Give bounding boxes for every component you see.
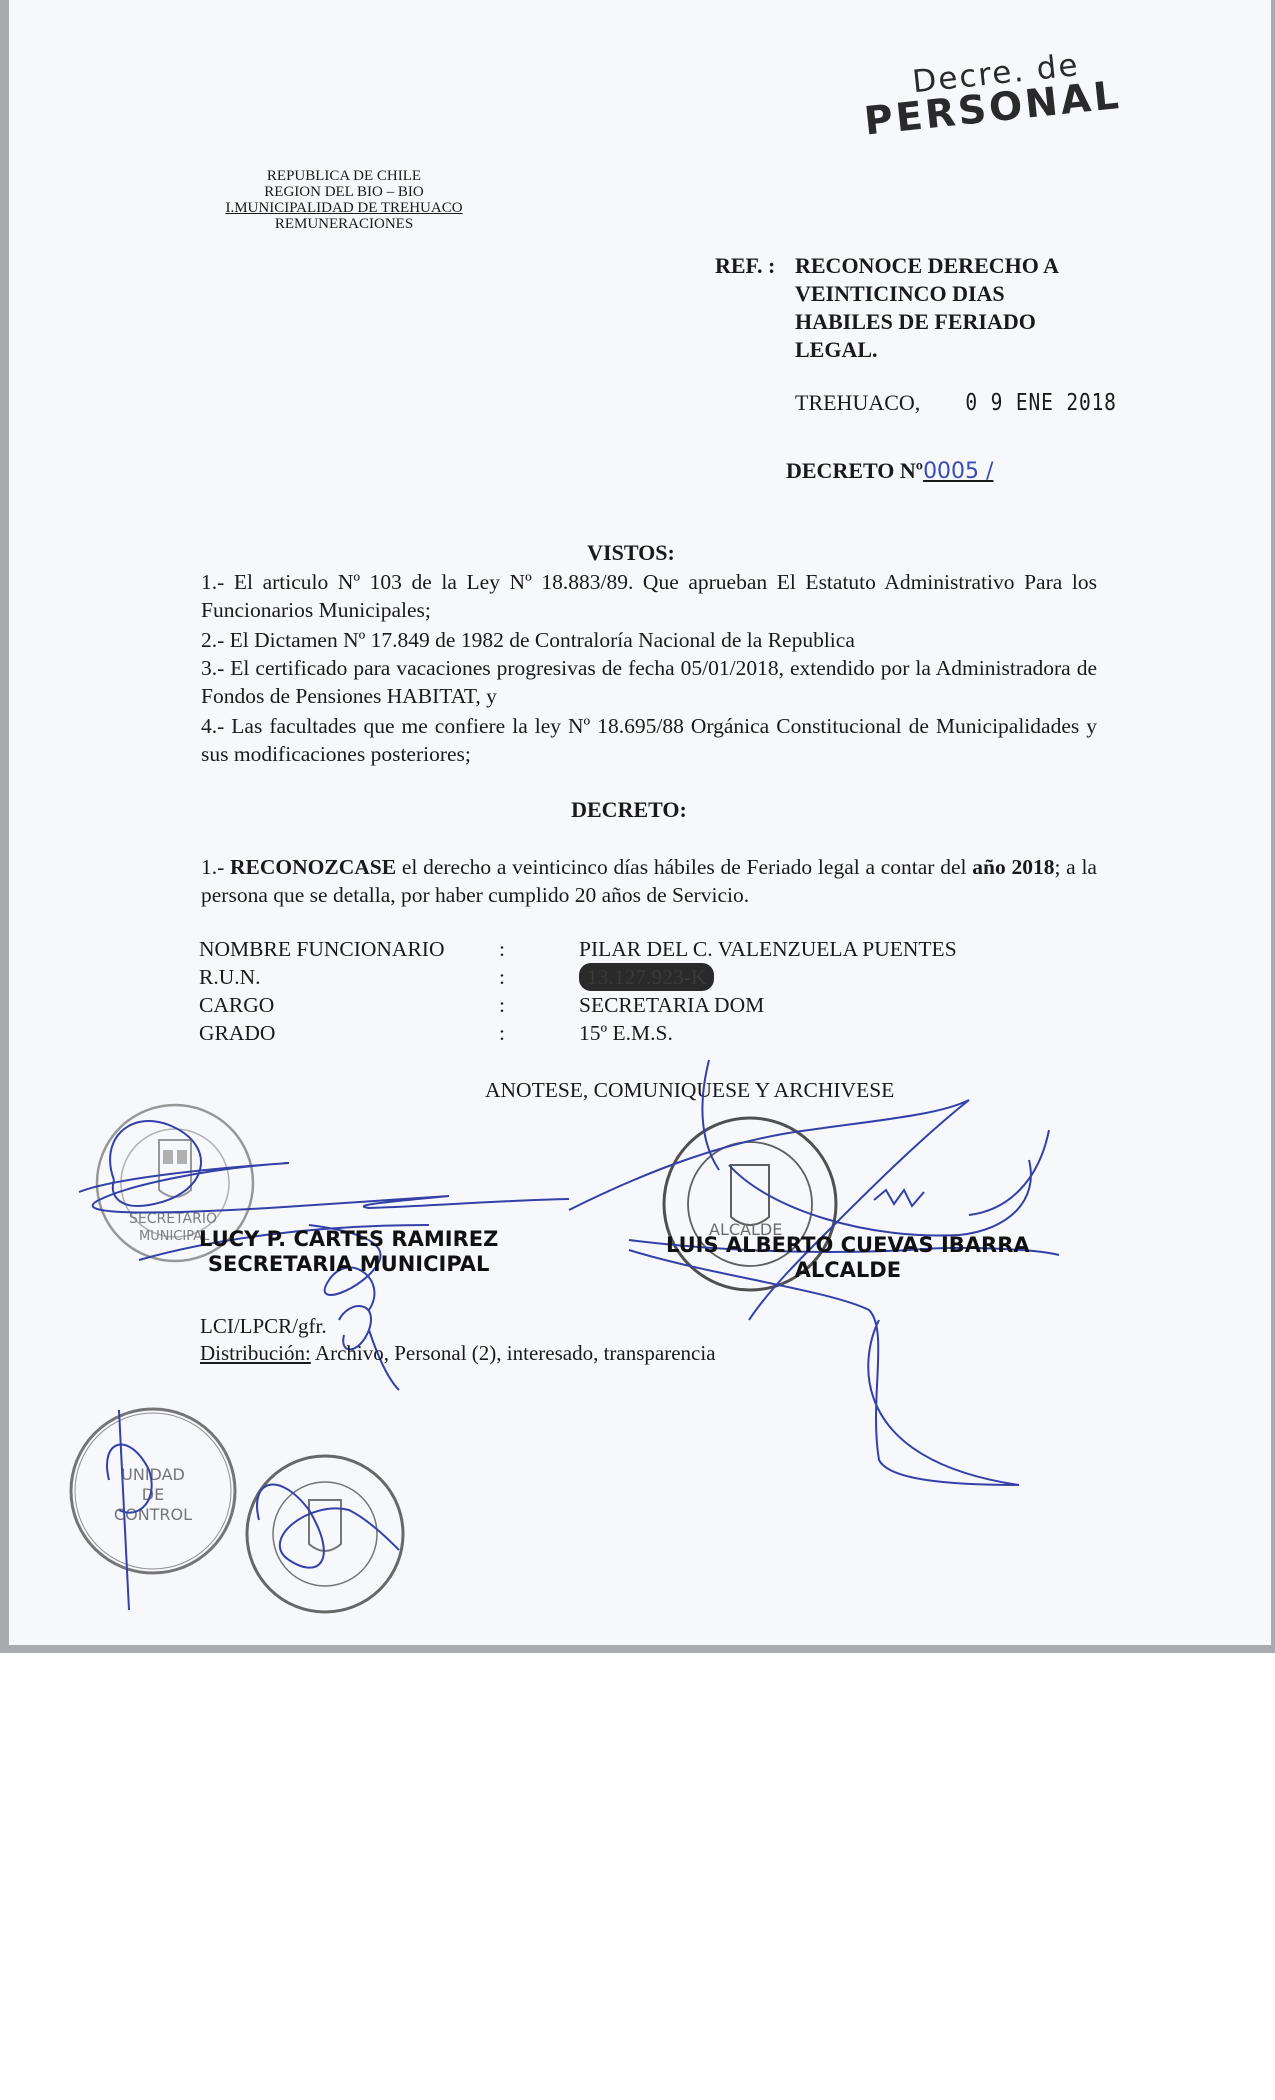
signature-right: LUIS ALBERTO CUEVAS IBARRA ALCALDE	[666, 1233, 1030, 1283]
seal-inner-text: CONTROL	[114, 1505, 192, 1524]
distribution: Distribución: Archivo, Personal (2), int…	[200, 1340, 716, 1367]
signatory-title: ALCALDE	[666, 1258, 1030, 1283]
distribution-text: Archivo, Personal (2), interesado, trans…	[311, 1341, 716, 1365]
signatory-name: LUIS ALBERTO CUEVAS IBARRA	[666, 1233, 1030, 1258]
seal-inner-text: DE	[142, 1485, 164, 1504]
signatory-name: LUCY P. CARTES RAMIREZ	[199, 1227, 498, 1252]
juridico-seal	[247, 1456, 403, 1612]
footer-initials: LCI/LPCR/gfr. Distribución: Archivo, Per…	[200, 1313, 716, 1367]
document-page: REPUBLICA DE CHILE REGION DEL BIO – BIO …	[9, 0, 1271, 1645]
control-seal: UNIDAD DE CONTROL	[71, 1409, 235, 1573]
seal-inner-text: UNIDAD	[121, 1465, 185, 1484]
signature-left: LUCY P. CARTES RAMIREZ SECRETARIA MUNICI…	[199, 1227, 498, 1277]
signatory-title: SECRETARIA MUNICIPAL	[199, 1252, 498, 1277]
distribution-label: Distribución:	[200, 1341, 311, 1365]
initials: LCI/LPCR/gfr.	[200, 1313, 716, 1340]
seals-and-signatures: SECRETARIO MUNICIPAL ALCALDE UNIDAD DE C…	[9, 0, 1271, 1645]
